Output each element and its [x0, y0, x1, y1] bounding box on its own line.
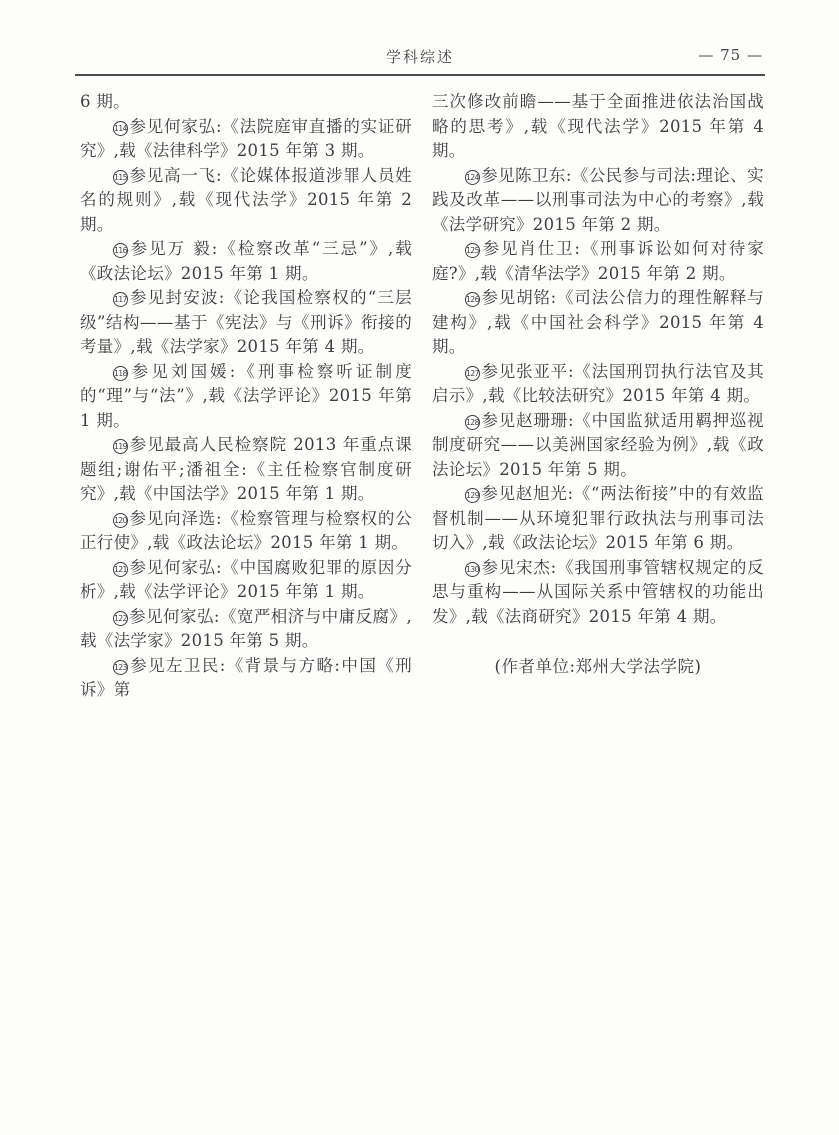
footnote-number-icon: 130 — [465, 562, 480, 577]
header-divider — [75, 74, 765, 76]
footnote-paragraph: 122参见何家弘:《宽严相济与中庸反腐》,载《法学家》2015 年第 5 期。 — [80, 605, 412, 654]
footnote-number-icon: 126 — [465, 292, 480, 307]
footnote-paragraph: 123参见左卫民:《背景与方略:中国《刑诉》第 — [80, 654, 412, 703]
right-column: 三次修改前瞻——基于全面推进依法治国战略的思考》,载《现代法学》2015 年第 … — [432, 90, 764, 703]
footnote-paragraph: 三次修改前瞻——基于全面推进依法治国战略的思考》,载《现代法学》2015 年第 … — [432, 90, 764, 164]
footnote-paragraph: 121参见何家弘:《中国腐败犯罪的原因分析》,载《法学评论》2015 年第 1 … — [80, 556, 412, 605]
footnote-number-icon: 124 — [465, 170, 480, 185]
footnote-paragraph: 115参见高一飞:《论媒体报道涉罪人员姓名的规则》,载《现代法学》2015 年第… — [80, 164, 412, 238]
footnote-paragraph: 6 期。 — [80, 90, 412, 115]
footnote-number-icon: 116 — [113, 243, 128, 258]
footnote-number-icon: 125 — [465, 243, 480, 258]
footnote-paragraph: 128参见赵珊珊:《中国监狱适用羁押巡视制度研究——以美洲国家经验为例》,载《政… — [432, 409, 764, 483]
footnote-paragraph: 119参见最高人民检察院 2013 年重点课题组;谢佑平;潘祖全:《主任检察官制… — [80, 433, 412, 507]
footnote-number-icon: 121 — [113, 562, 128, 577]
page-header: 学科综述 — 75 — — [75, 46, 765, 68]
footnotes-content: 6 期。114参见何家弘:《法院庭审直播的实证研究》,载《法律科学》2015 年… — [80, 90, 764, 703]
footnote-number-icon: 114 — [113, 121, 128, 136]
author-affiliation: (作者单位:郑州大学法学院) — [432, 655, 764, 680]
journal-page: 学科综述 — 75 — 6 期。114参见何家弘:《法院庭审直播的实证研究》,载… — [0, 0, 839, 1135]
footnote-number-icon: 118 — [113, 366, 128, 381]
footnote-paragraph: 129参见赵旭光:《“两法衔接”中的有效监督机制——从环境犯罪行政执法与刑事司法… — [432, 482, 764, 556]
footnote-number-icon: 123 — [113, 660, 128, 675]
footnote-paragraph: 118参见刘国媛:《刑事检察听证制度的“理”与“法”》,载《法学评论》2015 … — [80, 360, 412, 434]
footnote-number-icon: 122 — [113, 611, 128, 626]
footnote-number-icon: 127 — [465, 366, 480, 381]
footnote-number-icon: 119 — [113, 439, 128, 454]
footnote-paragraph: 126参见胡铭:《司法公信力的理性解释与建构》,载《中国社会科学》2015 年第… — [432, 286, 764, 360]
footnote-number-icon: 129 — [465, 488, 480, 503]
footnote-paragraph: 114参见何家弘:《法院庭审直播的实证研究》,载《法律科学》2015 年第 3 … — [80, 115, 412, 164]
footnote-number-icon: 115 — [113, 170, 128, 185]
footnote-paragraph: 124参见陈卫东:《公民参与司法:理论、实践及改革——以刑事司法为中心的考察》,… — [432, 164, 764, 238]
footnote-paragraph: 120参见向泽选:《检察管理与检察权的公正行使》,载《政法论坛》2015 年第 … — [80, 507, 412, 556]
page-title: 学科综述 — [75, 46, 765, 67]
page-number: — 75 — — [698, 46, 763, 64]
footnote-paragraph: 117参见封安波:《论我国检察权的“三层级”结构——基于《宪法》与《刑诉》衔接的… — [80, 286, 412, 360]
footnote-paragraph: 130参见宋杰:《我国刑事管辖权规定的反思与重构——从国际关系中管辖权的功能出发… — [432, 556, 764, 630]
footnote-paragraph: 125参见肖仕卫:《刑事诉讼如何对待家庭?》,载《清华法学》2015 年第 2 … — [432, 237, 764, 286]
left-column: 6 期。114参见何家弘:《法院庭审直播的实证研究》,载《法律科学》2015 年… — [80, 90, 412, 703]
footnote-paragraph: 127参见张亚平:《法国刑罚执行法官及其启示》,载《比较法研究》2015 年第 … — [432, 360, 764, 409]
footnote-number-icon: 117 — [113, 292, 128, 307]
footnote-number-icon: 128 — [465, 415, 480, 430]
footnote-number-icon: 120 — [113, 513, 128, 528]
footnote-paragraph: 116参见万 毅:《检察改革“三忌”》,载《政法论坛》2015 年第 1 期。 — [80, 237, 412, 286]
